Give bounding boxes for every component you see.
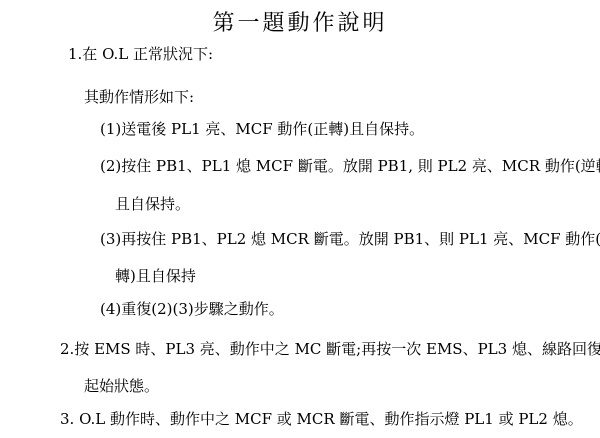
document-page: 第一題動作說明 1.在 O.L 正常狀況下: 其動作情形如下: (1)送電後 P…: [0, 0, 600, 438]
document-line-item2: 2.按 EMS 時、PL3 亮、動作中之 MC 斷電;再按一次 EMS、PL3 …: [60, 339, 600, 359]
document-line-item2-continued: 起始狀態。: [84, 376, 159, 396]
document-line-step1: (1)送電後 PL1 亮、MCF 動作(正轉)且自保持。: [100, 119, 424, 139]
document-line-item3: 3. O.L 動作時、動作中之 MCF 或 MCR 斷電、動作指示燈 PL1 或…: [60, 409, 583, 429]
document-line-step2-continued: 且自保持。: [115, 194, 190, 214]
document-line-step3: (3)再按住 PB1、PL2 熄 MCR 斷電。放開 PB1、則 PL1 亮、M…: [100, 229, 600, 249]
document-line-intro: 其動作情形如下:: [84, 87, 194, 107]
document-line-step3-continued: 轉)且自保持: [115, 266, 196, 286]
document-line-item1: 1.在 O.L 正常狀況下:: [68, 44, 213, 64]
page-title: 第一題動作說明: [0, 6, 600, 37]
document-line-step2: (2)按住 PB1、PL1 熄 MCF 斷電。放開 PB1, 則 PL2 亮、M…: [100, 156, 600, 176]
document-line-step4: (4)重復(2)(3)步驟之動作。: [100, 299, 284, 319]
